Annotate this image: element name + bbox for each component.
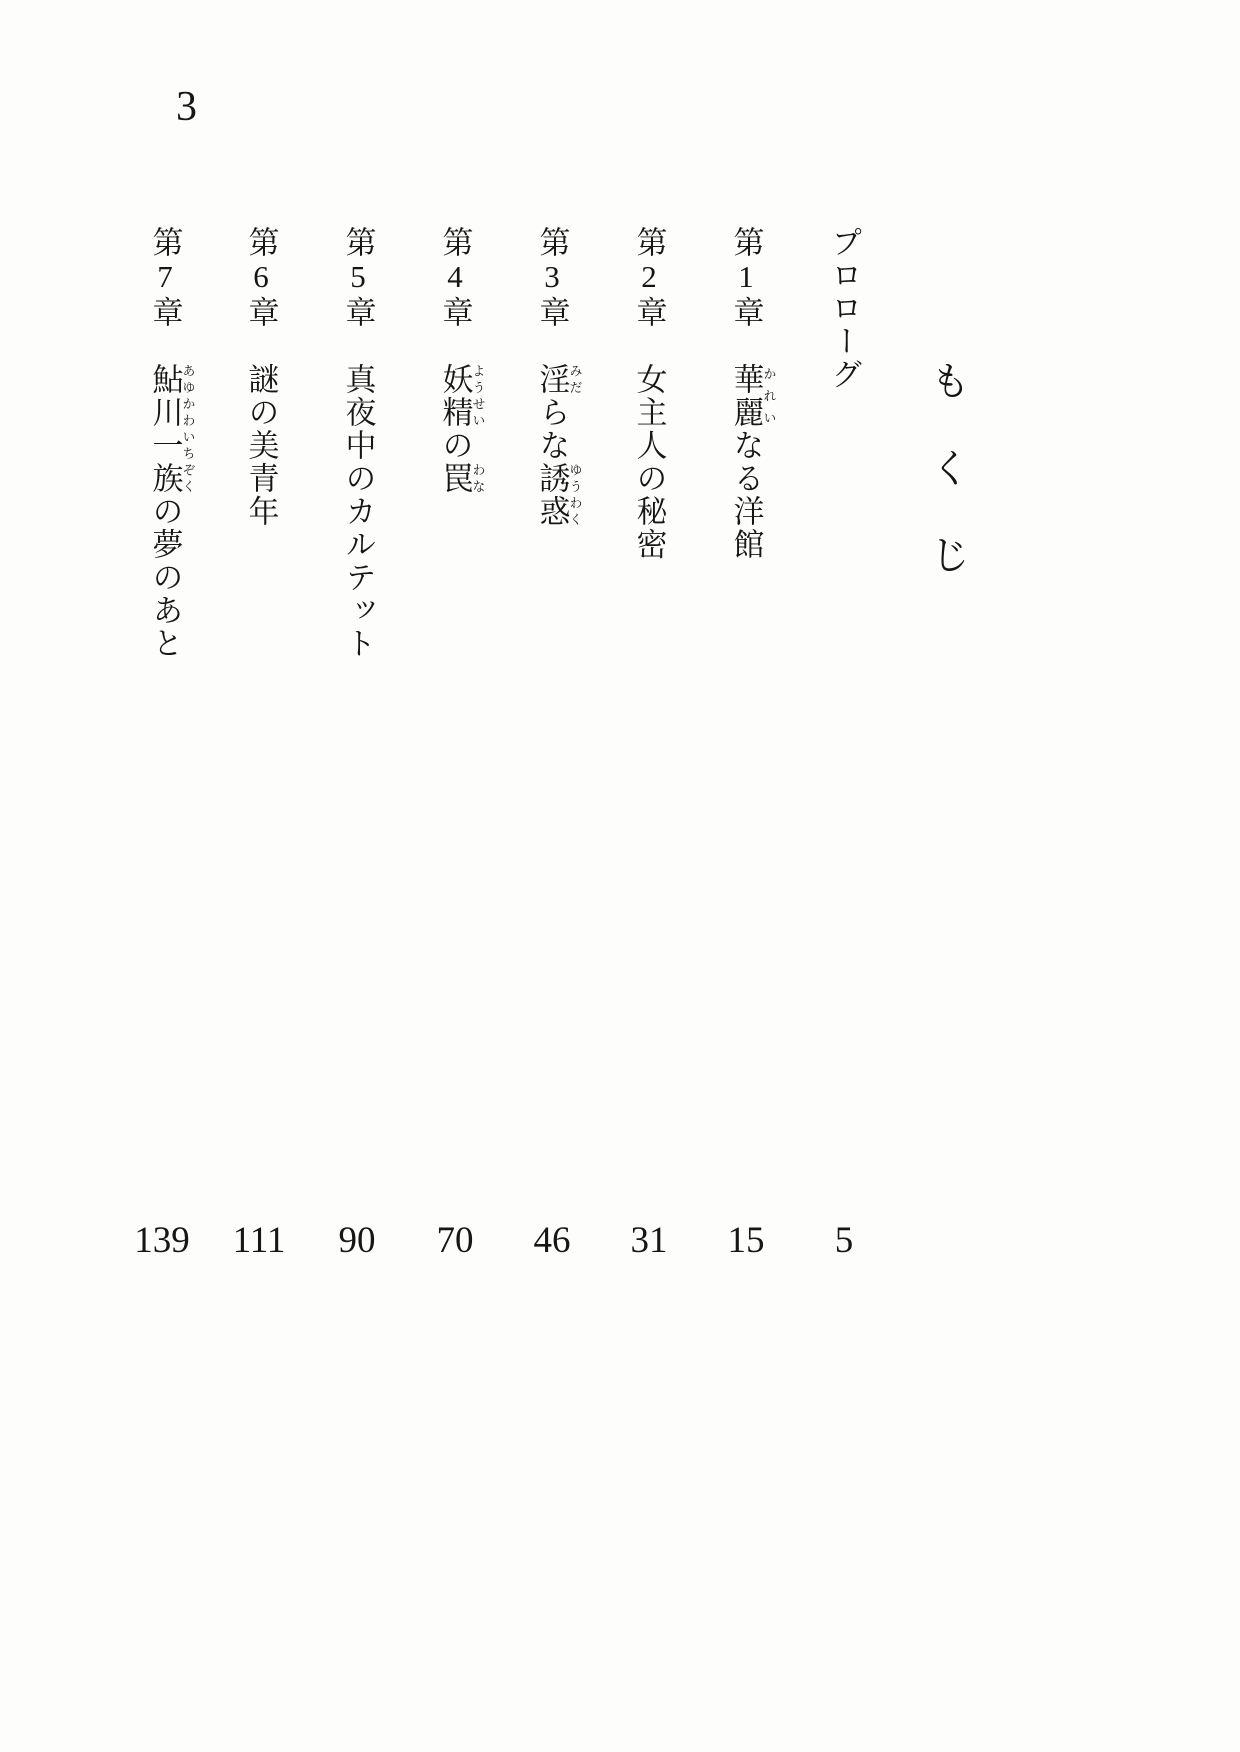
page-number: 3 (176, 86, 197, 128)
toc-entry-ch5: 第5章真夜中のカルテット (341, 226, 374, 660)
title-text: 女主人の秘密 (632, 363, 667, 561)
entry-page-number: 90 (339, 1222, 376, 1259)
ruby-segment: 華麗かれい (729, 363, 764, 429)
furigana: みだ (568, 363, 583, 396)
entry-page-number: 46 (534, 1222, 571, 1259)
chapter-label: 第1章 (729, 226, 764, 329)
title-text: らな (535, 396, 570, 462)
ruby-segment: 誘惑ゆうわく (535, 462, 570, 528)
label-title-gap (164, 329, 166, 363)
furigana: わな (471, 462, 486, 495)
title-text: 妖精 (438, 363, 473, 429)
furigana: ゆうわく (568, 462, 583, 528)
title-text: なる洋館 (729, 429, 764, 561)
toc-page: 3 もくじ プロローグ 第1章華麗かれいなる洋館 第2章女主人の秘密 第3章淫み… (0, 0, 1240, 1752)
chapter-label: 第3章 (535, 226, 570, 329)
toc-entry-ch2: 第2章女主人の秘密 (632, 226, 665, 561)
label-title-gap (454, 329, 456, 363)
label-title-gap (648, 329, 650, 363)
title-text: の夢のあと (148, 495, 183, 660)
entry-page-number: 15 (728, 1222, 765, 1259)
furigana: かれい (762, 363, 777, 429)
toc-entry-ch3: 第3章淫みだらな誘惑ゆうわく (535, 226, 582, 528)
toc-entry-ch6: 第6章謎の美青年 (244, 226, 277, 528)
chapter-label: 第5章 (341, 226, 376, 329)
toc-entry-prologue: プロローグ (827, 226, 860, 391)
title-text: 罠 (438, 462, 473, 495)
entry-page-number: 111 (233, 1222, 286, 1259)
entry-page-number: 31 (631, 1222, 668, 1259)
furigana: ようせい (471, 363, 486, 429)
entry-page-number: 5 (835, 1222, 854, 1259)
toc-entry-ch1: 第1章華麗かれいなる洋館 (729, 226, 776, 561)
chapter-label: プロローグ (827, 226, 862, 391)
label-title-gap (551, 329, 553, 363)
chapter-label: 第4章 (438, 226, 473, 329)
page-title: もくじ (926, 360, 968, 621)
title-text: 謎の美青年 (244, 363, 279, 528)
title-text: 鮎川一族 (148, 363, 183, 495)
chapter-label: 第2章 (632, 226, 667, 329)
chapter-label: 第6章 (244, 226, 279, 329)
title-text: 誘惑 (535, 462, 570, 528)
entry-page-number: 70 (437, 1222, 474, 1259)
toc-entry-ch4: 第4章妖精ようせいの罠わな (438, 226, 485, 495)
label-title-gap (745, 329, 747, 363)
title-text: 華麗 (729, 363, 764, 429)
chapter-label: 第7章 (148, 226, 183, 329)
label-title-gap (357, 329, 359, 363)
ruby-segment: 淫みだ (535, 363, 570, 396)
title-text: 真夜中のカルテット (341, 363, 376, 660)
title-text: の (438, 429, 473, 462)
entry-page-number: 139 (134, 1222, 190, 1259)
label-title-gap (260, 329, 262, 363)
ruby-segment: 鮎川一族あゆかわいちぞく (148, 363, 183, 495)
toc-entry-ch7: 第7章鮎川一族あゆかわいちぞくの夢のあと (148, 226, 195, 660)
furigana: あゆかわいちぞく (181, 363, 196, 495)
title-text: 淫 (535, 363, 570, 396)
ruby-segment: 妖精ようせい (438, 363, 473, 429)
ruby-segment: 罠わな (438, 462, 473, 495)
